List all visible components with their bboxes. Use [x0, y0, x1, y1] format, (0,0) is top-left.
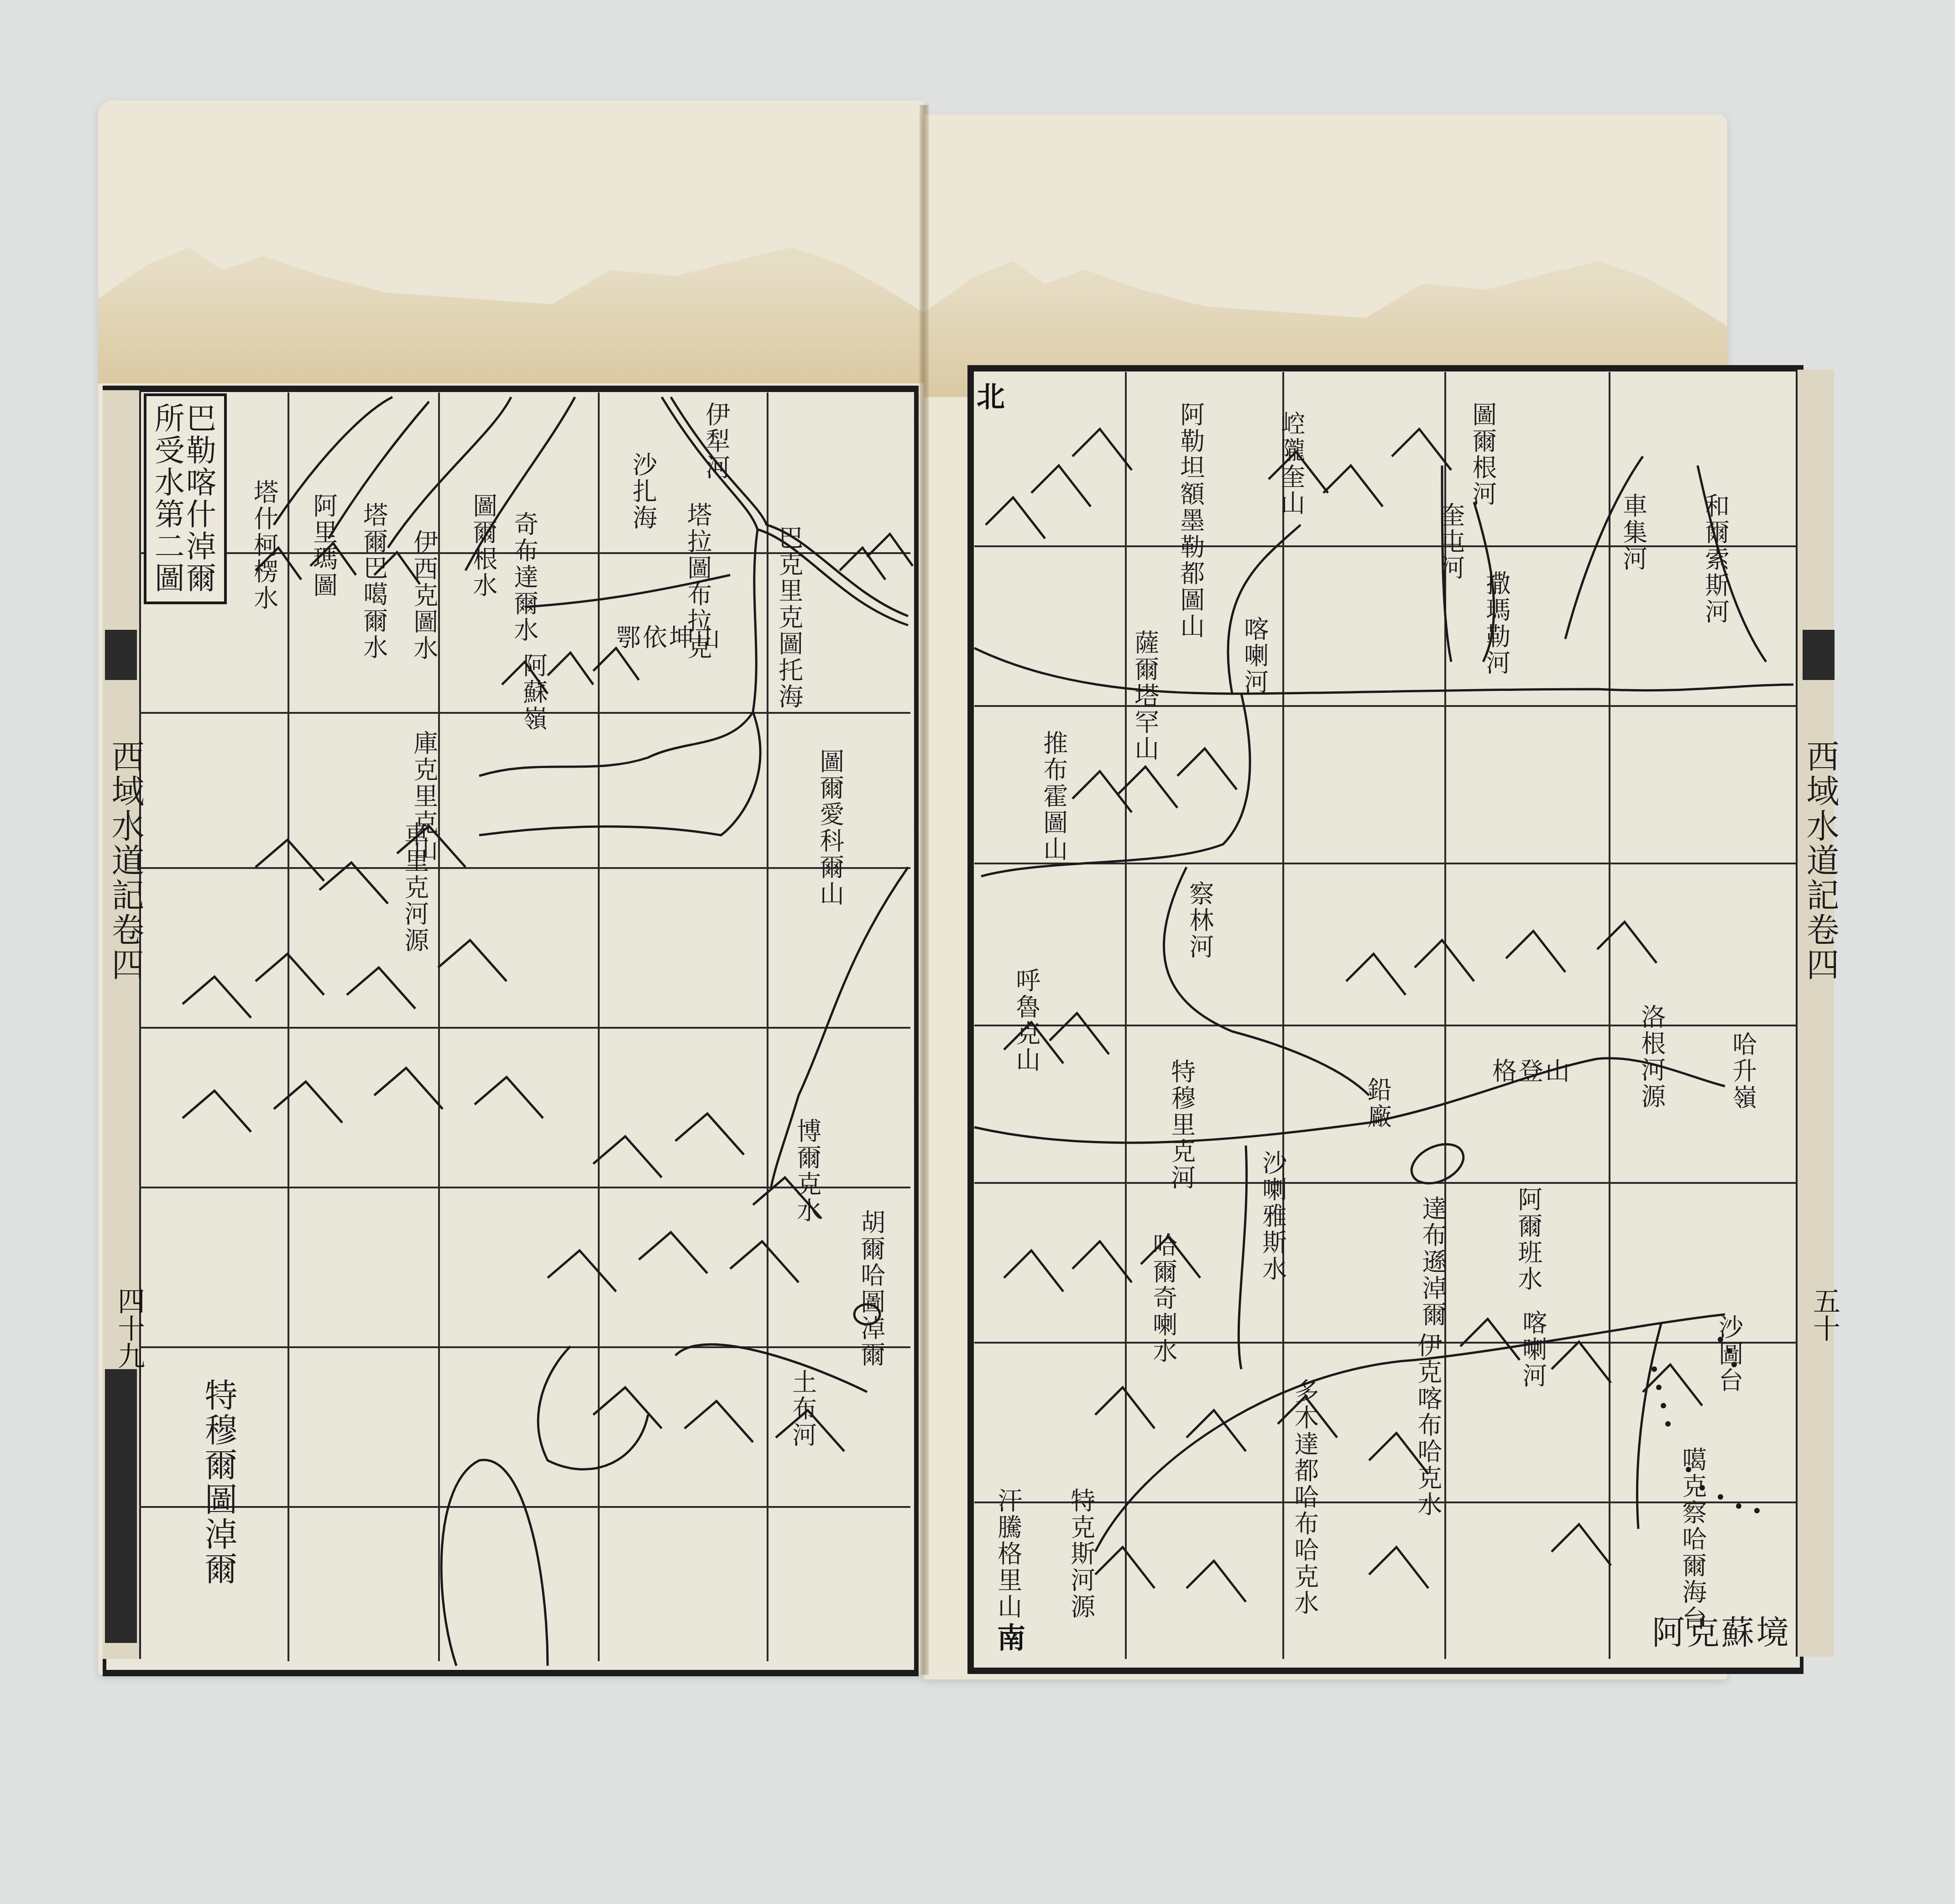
place-label: 特穆里克河	[1168, 1059, 1194, 1191]
place-label: 車集河	[1620, 493, 1646, 572]
map-title-cartouche: 巴勒喀什淖爾所受水第二圖	[144, 393, 227, 604]
place-label: 奎屯河	[1437, 502, 1464, 581]
place-label: 土布河	[789, 1369, 815, 1449]
place-label: 奇布達爾水	[511, 511, 537, 643]
place-label: 推布霍圖山	[1040, 730, 1066, 863]
place-label: 阿蘇嶺	[520, 653, 546, 732]
place-label: 伊西克圖水	[411, 529, 437, 662]
place-label: 伊犁河	[703, 402, 729, 481]
place-label: 沙圖台	[1716, 1314, 1742, 1394]
place-label: 沙喇雅斯水	[1260, 1150, 1286, 1282]
place-label: 圖爾根河	[1469, 402, 1495, 507]
place-label: 和爾索斯河	[1702, 493, 1728, 625]
place-label: 伊克喀布哈克水	[1415, 1333, 1441, 1518]
place-label: 特克斯河源	[1068, 1488, 1094, 1620]
dabusun-lake	[1406, 1136, 1470, 1191]
place-label: 胡爾哈圖淖爾	[858, 1209, 884, 1368]
place-label: 汗騰格里山	[995, 1488, 1021, 1620]
place-label: 鉛廠	[1364, 1077, 1390, 1130]
place-label: 呼魯克山	[1013, 968, 1039, 1073]
place-label: 噶克察哈爾海台	[1679, 1447, 1705, 1632]
place-label: 喀喇河	[1241, 616, 1267, 696]
place-label: 阿勒坦額墨勒都圖山	[1177, 402, 1203, 640]
place-label: 撒瑪勒河	[1483, 570, 1509, 676]
place-label: 特穆爾圖淖爾	[201, 1378, 235, 1586]
compass-south: 南	[997, 1616, 1025, 1656]
place-label: 洛根河源	[1638, 1004, 1664, 1110]
map-title: 巴勒喀什淖爾所受水第二圖	[146, 396, 219, 602]
place-label: 阿克蘇境	[1652, 1616, 1791, 1650]
place-label: 哈爾奇喇水	[1150, 1232, 1176, 1365]
place-label: 喀喇河	[1520, 1310, 1546, 1389]
place-label: 察林河	[1187, 881, 1213, 960]
place-label: 巴克里克圖托海	[776, 525, 802, 710]
place-label: 沙扎海	[630, 452, 656, 531]
place-label: 圖爾根水	[470, 493, 496, 599]
place-label: 博爾克水	[794, 1118, 820, 1224]
place-label: 鄂依坤山	[616, 625, 722, 651]
place-label: 圖爾愛科爾山	[817, 748, 843, 907]
place-label: 格登山	[1492, 1059, 1572, 1085]
place-label: 塔爾巴噶爾水	[361, 502, 387, 661]
place-label: 崆隴奎山	[1278, 411, 1304, 517]
place-label: 多木達都哈布哈克水	[1291, 1378, 1317, 1616]
place-label: 阿爾班水	[1515, 1187, 1541, 1292]
place-label: 薩爾塔罕山	[1132, 630, 1158, 762]
place-label: 阿里瑪圖	[310, 493, 336, 599]
place-label: 達布遜淖爾	[1419, 1196, 1445, 1328]
place-label: 哈升嶺	[1730, 1031, 1756, 1111]
compass-north: 北	[977, 374, 1005, 415]
place-label: 車里克河源	[402, 821, 428, 954]
place-label: 塔什柯楞水	[251, 479, 277, 612]
